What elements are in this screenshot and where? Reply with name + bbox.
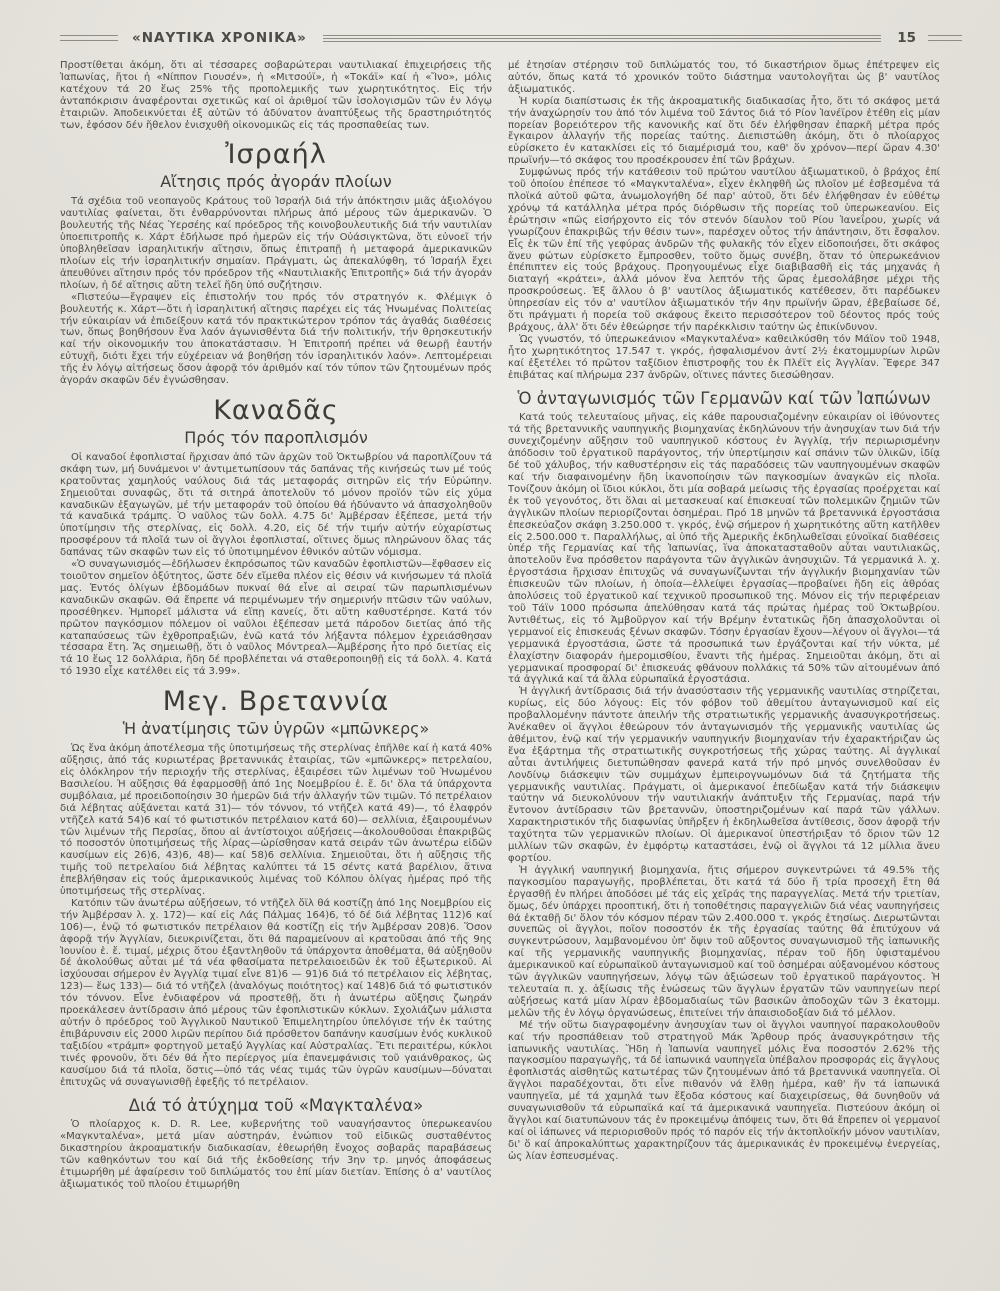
- article-heading: Μεγ. Βρεταννία: [60, 687, 492, 717]
- article-paragraph: Συμφώνως πρός τήν κατάθεσιν τοῦ πρώτου ν…: [508, 167, 940, 334]
- article-paragraph: Οἱ καναδοί ἐφοπλισταί ἤρχισαν ἀπό τῶν ἀρ…: [60, 452, 492, 559]
- article-heading: Ἡ ἀνατίμησις τῶν ὑγρῶν «μπῶνκερς»: [60, 719, 492, 738]
- scanned-magazine-page: «ΝΑΥΤΙΚΑ ΧΡΟΝΙΚΑ» 15 Προστίθεται ἀκόμη, …: [0, 0, 1000, 1291]
- magazine-title: «ΝΑΥΤΙΚΑ ΧΡΟΝΙΚΑ»: [132, 30, 307, 46]
- article-heading: Αἴτησις πρός ἀγοράν πλοίων: [60, 172, 492, 191]
- article-heading: Ἰσραήλ: [60, 140, 492, 170]
- article-paragraph: Μέ τήν οὕτω διαγραφομένην ἀνησυχίαν των …: [508, 1020, 940, 1163]
- article-paragraph: Ὁ πλοίαρχος κ. D. R. Lee, κυβερνήτης τοῦ…: [60, 1119, 492, 1190]
- article-paragraph: Τά σχέδια τοῦ νεοπαγοῦς Κράτους τοῦ Ἰσρα…: [60, 196, 492, 291]
- article-heading: Καναδᾶς: [60, 396, 492, 426]
- header-rule-right: [928, 35, 962, 41]
- article-paragraph: Ὡς ἕνα ἀκόμη ἀποτέλεσμα τῆς ὑποτιμήσεως …: [60, 743, 492, 898]
- article-paragraph: μέ ἐτησίαν στέρησιν τοῦ διπλώματός του, …: [508, 60, 940, 96]
- article-heading: Ὁ ἀνταγωνισμός τῶν Γερμανῶν καί τῶν Ἰαπώ…: [508, 389, 940, 408]
- left-column: Προστίθεται ἀκόμη, ὅτι αἱ τέσσαρες σοβαρ…: [60, 60, 492, 1265]
- article-paragraph: Προστίθεται ἀκόμη, ὅτι αἱ τέσσαρες σοβαρ…: [60, 60, 492, 131]
- header-rule-center: [323, 35, 881, 42]
- right-column: μέ ἐτησίαν στέρησιν τοῦ διπλώματός του, …: [508, 60, 940, 1265]
- article-paragraph: «Ὁ συναγωνισμός—ἐδήλωσεν ἐκπρόσωπος τῶν …: [60, 559, 492, 678]
- article-paragraph: «Πιστεύω—ἔγραψεν εἰς ἐπιστολήν του πρός …: [60, 292, 492, 387]
- page-number: 15: [897, 30, 916, 46]
- article-paragraph: Κατά τούς τελευταίους μῆνας, εἰς κάθε πα…: [508, 412, 940, 686]
- article-paragraph: Ἡ ἀγγλική ἀντίδρασις διά τήν ἀνασύστασιν…: [508, 686, 940, 865]
- article-paragraph: Ἡ κυρία διαπίστωσις ἐκ τῆς ἀκροαματικῆς …: [508, 96, 940, 167]
- header-rule-left: [60, 35, 118, 41]
- article-paragraph: Ἡ ἀγγλική ναυπηγική βιομηχανία, ἥτις σήμ…: [508, 865, 940, 1020]
- article-heading: Πρός τόν παροπλισμόν: [60, 428, 492, 447]
- article-heading: Διά τό ἀτύχημα τοῦ «Μαγκταλένα»: [60, 1096, 492, 1115]
- page-header: «ΝΑΥΤΙΚΑ ΧΡΟΝΙΚΑ» 15: [0, 0, 1000, 46]
- article-paragraph: Κατόπιν τῶν ἀνωτέρω αὐξήσεων, τό ντῆζελ …: [60, 898, 492, 1089]
- article-paragraph: Ὡς γνωστόν, τό ὑπερωκεάνιον «Μαγκνταλένα…: [508, 334, 940, 382]
- article-body: Προστίθεται ἀκόμη, ὅτι αἱ τέσσαρες σοβαρ…: [0, 60, 1000, 1265]
